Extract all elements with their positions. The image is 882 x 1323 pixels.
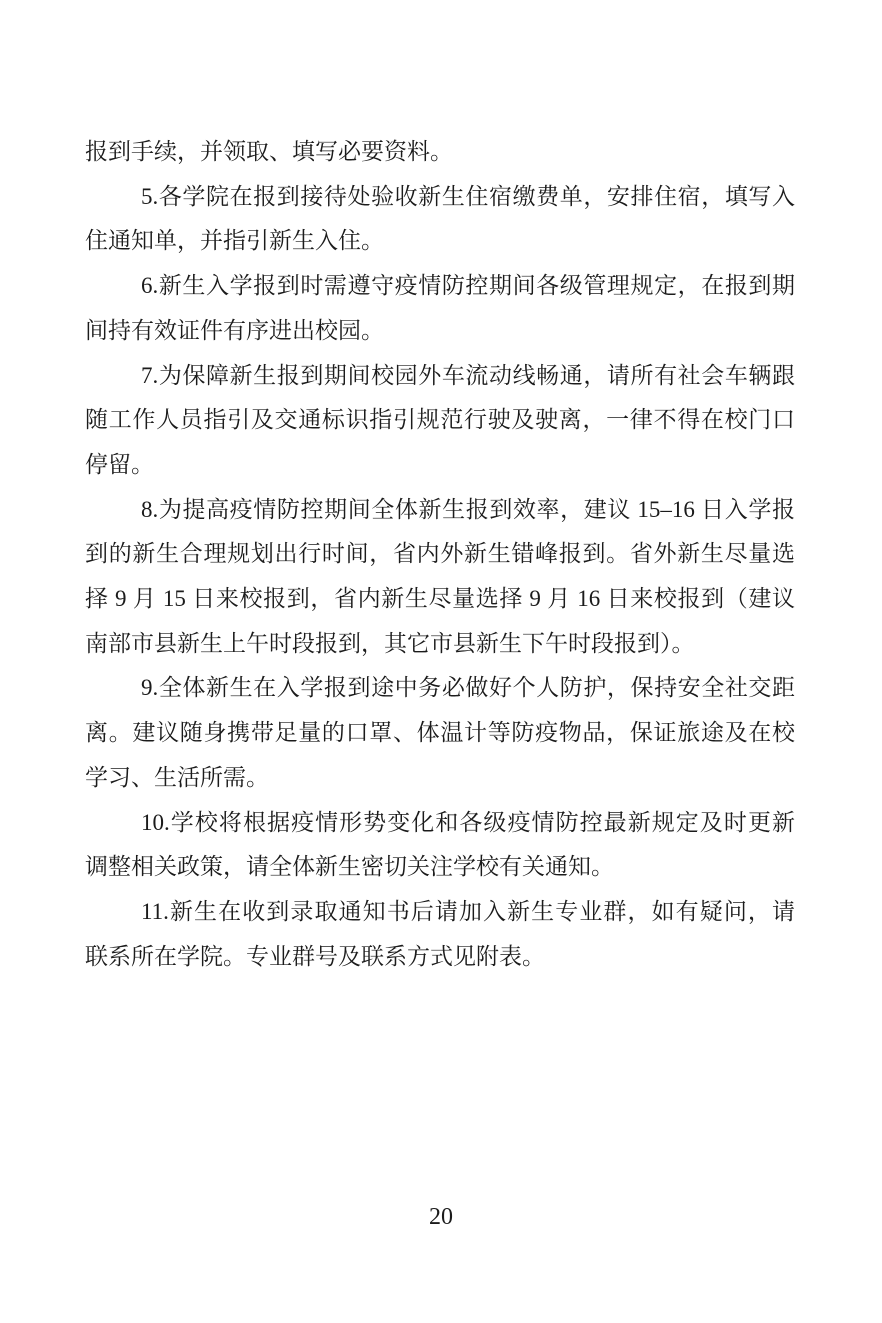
paragraph: 7.为保障新生报到期间校园外车流动线畅通，请所有社会车辆跟随工作人员指引及交通标…: [85, 354, 795, 488]
body-text-block: 报到手续，并领取、填写必要资料。5.各学院在报到接待处验收新生住宿缴费单，安排住…: [85, 130, 795, 979]
paragraph-line: 停留。: [85, 443, 795, 488]
paragraph-line: 调整相关政策，请全体新生密切关注学校有关通知。: [85, 845, 795, 890]
paragraph: 5.各学院在报到接待处验收新生住宿缴费单，安排住宿，填写入住通知单，并指引新生入…: [85, 175, 795, 264]
paragraph: 报到手续，并领取、填写必要资料。: [85, 130, 795, 175]
paragraph-line: 随工作人员指引及交通标识指引规范行驶及驶离，一律不得在校门口: [85, 398, 795, 443]
paragraph: 10.学校将根据疫情形势变化和各级疫情防控最新规定及时更新调整相关政策，请全体新…: [85, 801, 795, 890]
paragraph-line: 离。建议随身携带足量的口罩、体温计等防疫物品，保证旅途及在校: [85, 711, 795, 756]
paragraph-line: 到的新生合理规划出行时间，省内外新生错峰报到。省外新生尽量选: [85, 532, 795, 577]
page-number: 20: [0, 1202, 882, 1232]
document-page: 报到手续，并领取、填写必要资料。5.各学院在报到接待处验收新生住宿缴费单，安排住…: [0, 0, 882, 1323]
paragraph-line: 择 9 月 15 日来校报到，省内新生尽量选择 9 月 16 日来校报到（建议: [85, 577, 795, 622]
paragraph-line: 6.新生入学报到时需遵守疫情防控期间各级管理规定，在报到期: [85, 264, 795, 309]
paragraph-line: 8.为提高疫情防控期间全体新生报到效率，建议 15–16 日入学报: [85, 488, 795, 533]
paragraph-line: 10.学校将根据疫情形势变化和各级疫情防控最新规定及时更新: [85, 801, 795, 846]
paragraph: 6.新生入学报到时需遵守疫情防控期间各级管理规定，在报到期间持有效证件有序进出校…: [85, 264, 795, 353]
paragraph: 11.新生在收到录取通知书后请加入新生专业群，如有疑问，请联系所在学院。专业群号…: [85, 890, 795, 979]
paragraph-line: 报到手续，并领取、填写必要资料。: [85, 130, 795, 175]
paragraph-line: 11.新生在收到录取通知书后请加入新生专业群，如有疑问，请: [85, 890, 795, 935]
paragraph: 8.为提高疫情防控期间全体新生报到效率，建议 15–16 日入学报到的新生合理规…: [85, 488, 795, 667]
paragraph-line: 联系所在学院。专业群号及联系方式见附表。: [85, 935, 795, 980]
paragraph-line: 7.为保障新生报到期间校园外车流动线畅通，请所有社会车辆跟: [85, 354, 795, 399]
paragraph-line: 住通知单，并指引新生入住。: [85, 219, 795, 264]
paragraph-line: 学习、生活所需。: [85, 756, 795, 801]
paragraph-line: 9.全体新生在入学报到途中务必做好个人防护，保持安全社交距: [85, 666, 795, 711]
paragraph-line: 间持有效证件有序进出校园。: [85, 309, 795, 354]
paragraph-line: 南部市县新生上午时段报到，其它市县新生下午时段报到）。: [85, 622, 795, 667]
paragraph-line: 5.各学院在报到接待处验收新生住宿缴费单，安排住宿，填写入: [85, 175, 795, 220]
paragraph: 9.全体新生在入学报到途中务必做好个人防护，保持安全社交距离。建议随身携带足量的…: [85, 666, 795, 800]
